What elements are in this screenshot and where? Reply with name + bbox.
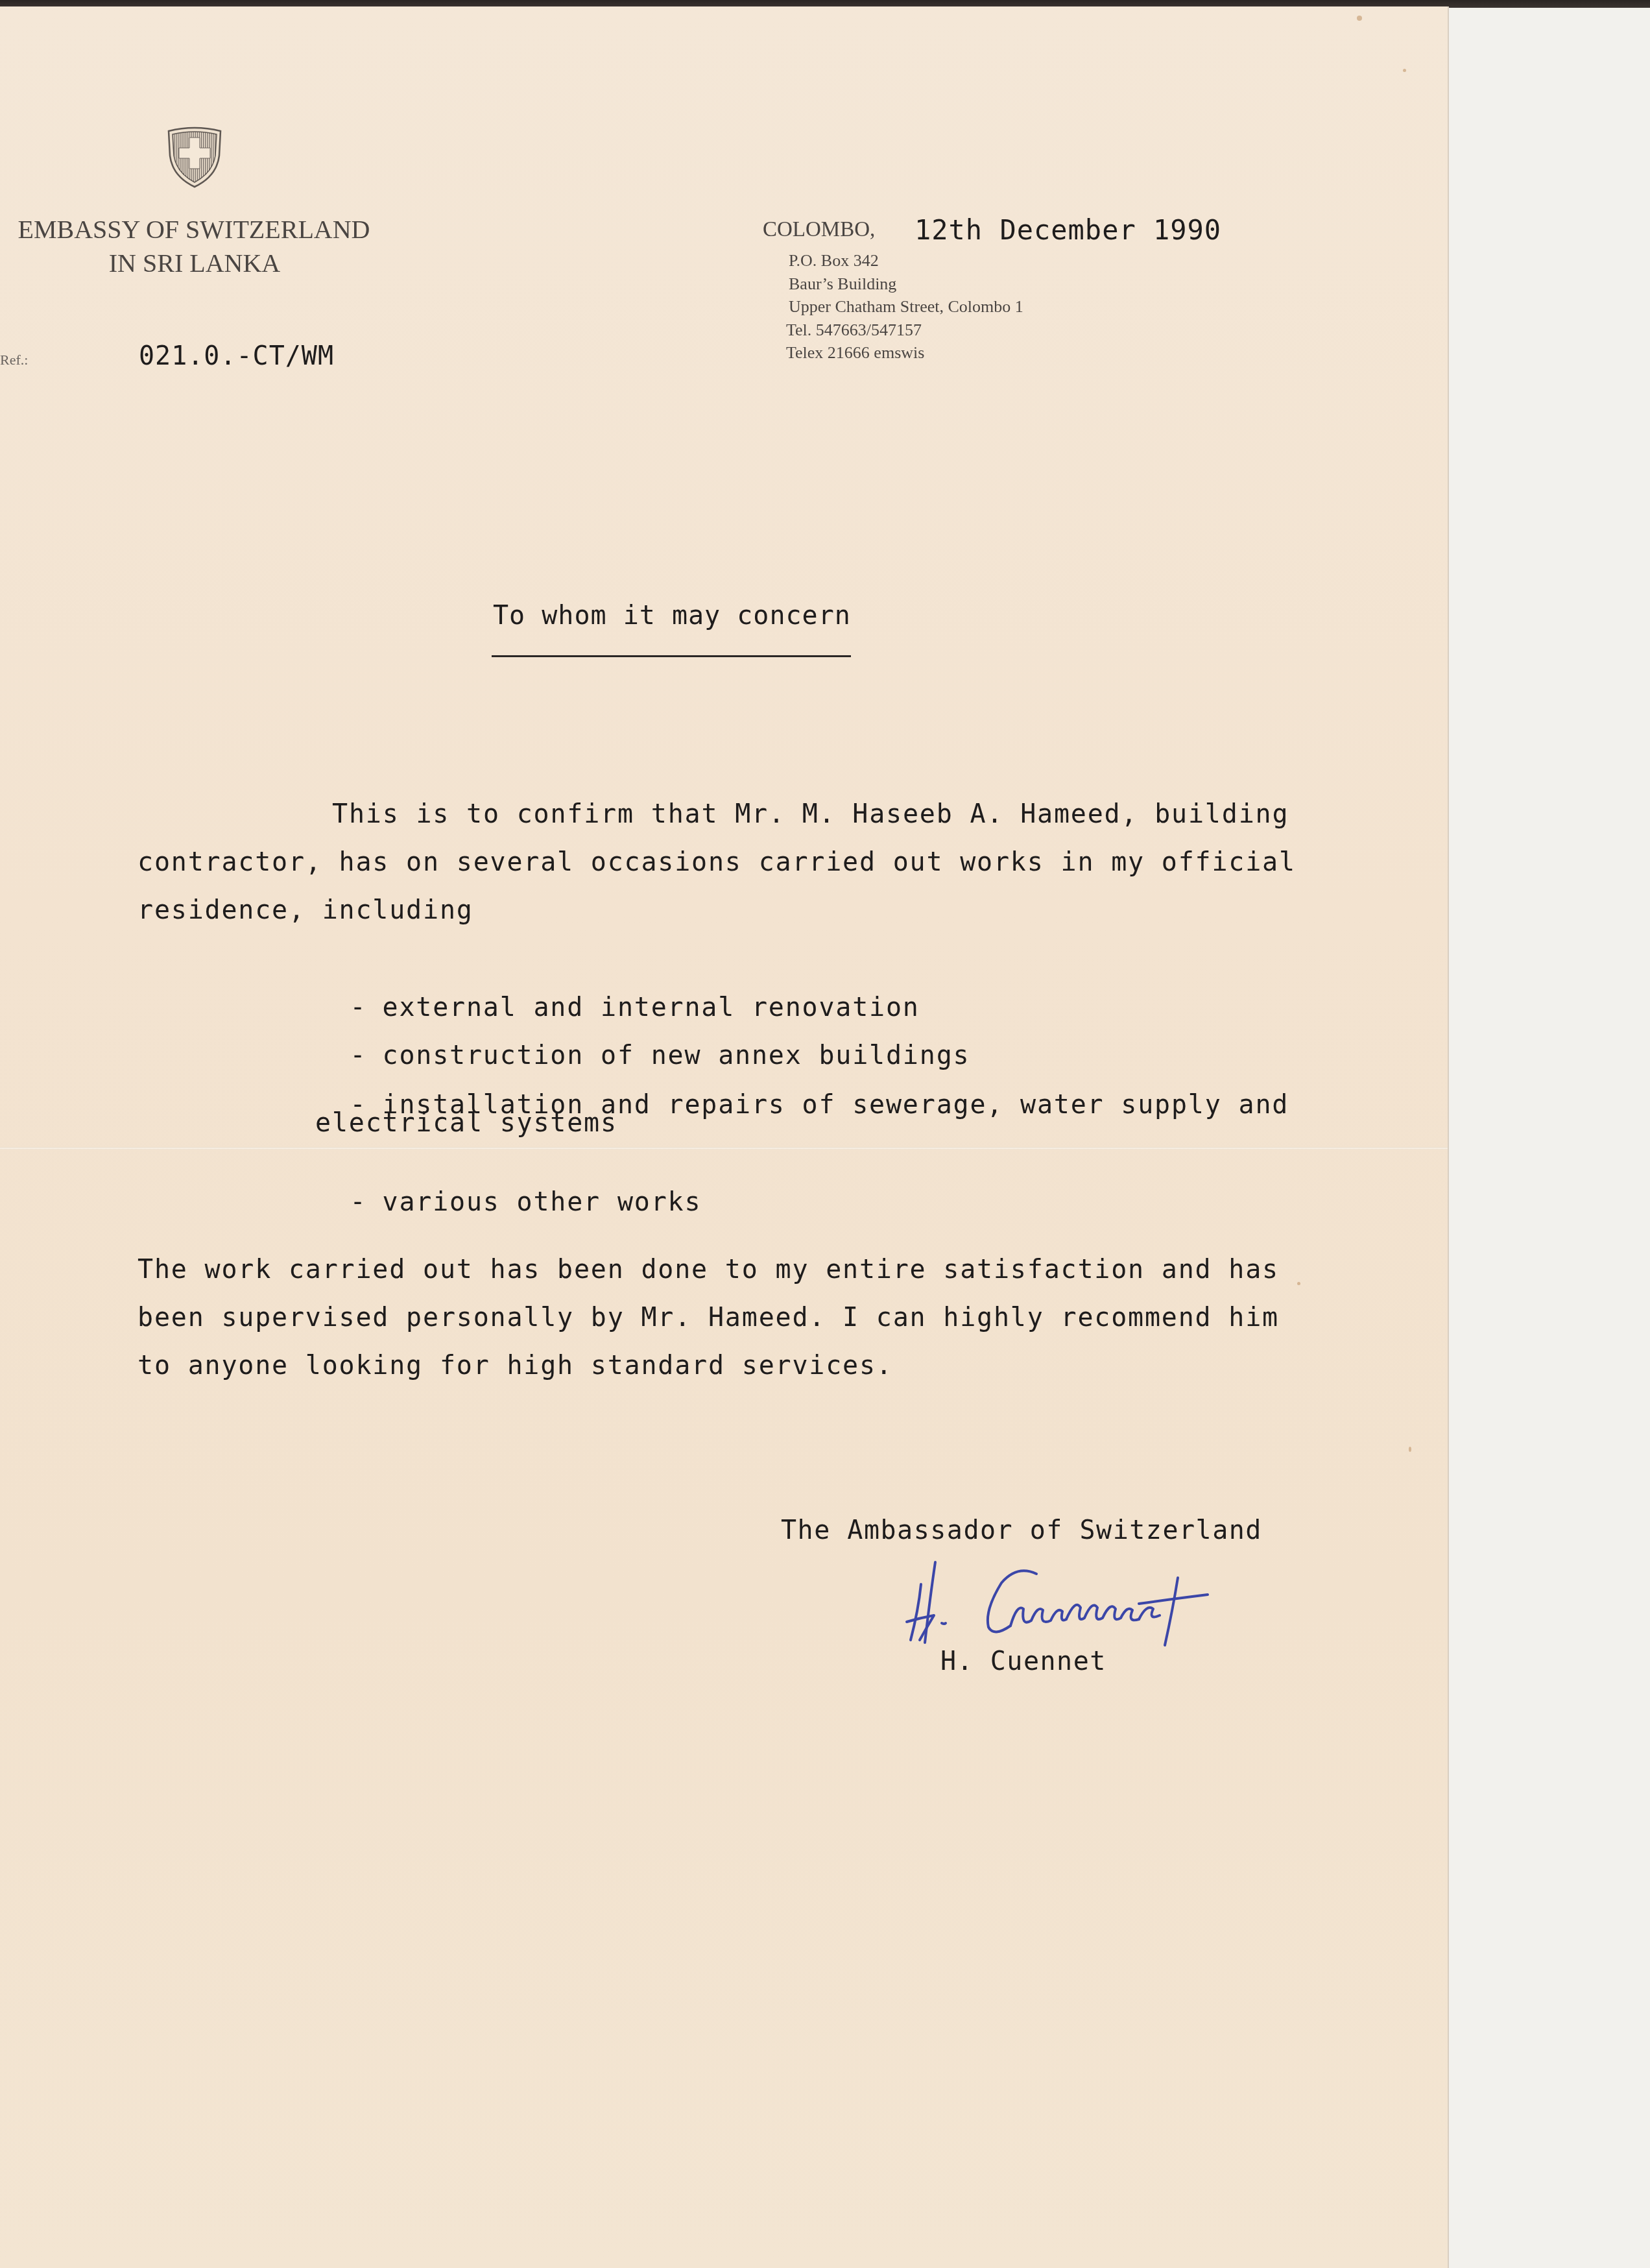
paper-speck [1297, 1282, 1300, 1285]
paragraph1-line3: residence, including [137, 895, 473, 925]
address-po-box: P.O. Box 342 [789, 249, 1023, 272]
address-telephone: Tel. 547663/547157 [786, 319, 1023, 342]
embassy-name-line2: IN SRI LANKA [0, 247, 389, 280]
paragraph2-line2: been supervised personally by Mr. Hameed… [137, 1303, 1279, 1333]
paper-speck [1409, 1447, 1411, 1452]
subject-underline [492, 655, 851, 657]
paragraph1-line1: This is to confirm that Mr. M. Haseeb A.… [332, 799, 1289, 829]
address-building: Baur’s Building [789, 272, 1023, 296]
list-dash: - [350, 1187, 383, 1217]
ref-label: Ref.: [0, 352, 28, 368]
paper-speck [1403, 69, 1406, 72]
city-label: COLOMBO, [763, 218, 875, 242]
paragraph1-line2: contractor, has on several occasions car… [137, 847, 1296, 877]
paper-speck [1357, 16, 1362, 21]
swiss-coat-of-arms-icon [166, 126, 223, 188]
letter-date: 12th December 1990 [915, 214, 1221, 246]
list-item-continuation: electrical systems [315, 1108, 617, 1138]
embassy-name-line1: EMBASSY OF SWITZERLAND [0, 213, 389, 247]
embassy-name: EMBASSY OF SWITZERLAND IN SRI LANKA [0, 213, 389, 280]
embassy-address: P.O. Box 342 Baur’s Building Upper Chath… [789, 249, 1023, 365]
list-item-text: various other works [383, 1187, 702, 1217]
address-telex: Telex 21666 emswis [786, 341, 1023, 365]
closing-title: The Ambassador of Switzerland [781, 1515, 1262, 1545]
ref-value: 021.0.-CT/WM [139, 341, 334, 371]
signer-name: H. Cuennet [940, 1647, 1106, 1676]
list-item: -various other works [283, 1157, 701, 1247]
letter-page: EMBASSY OF SWITZERLAND IN SRI LANKA Ref.… [0, 6, 1449, 2268]
paragraph2-line1: The work carried out has been done to my… [137, 1255, 1279, 1285]
letter-subject: To whom it may concern [493, 601, 851, 631]
address-street: Upper Chatham Street, Colombo 1 [789, 295, 1023, 319]
paragraph2-line3: to anyone looking for high standard serv… [137, 1351, 893, 1381]
